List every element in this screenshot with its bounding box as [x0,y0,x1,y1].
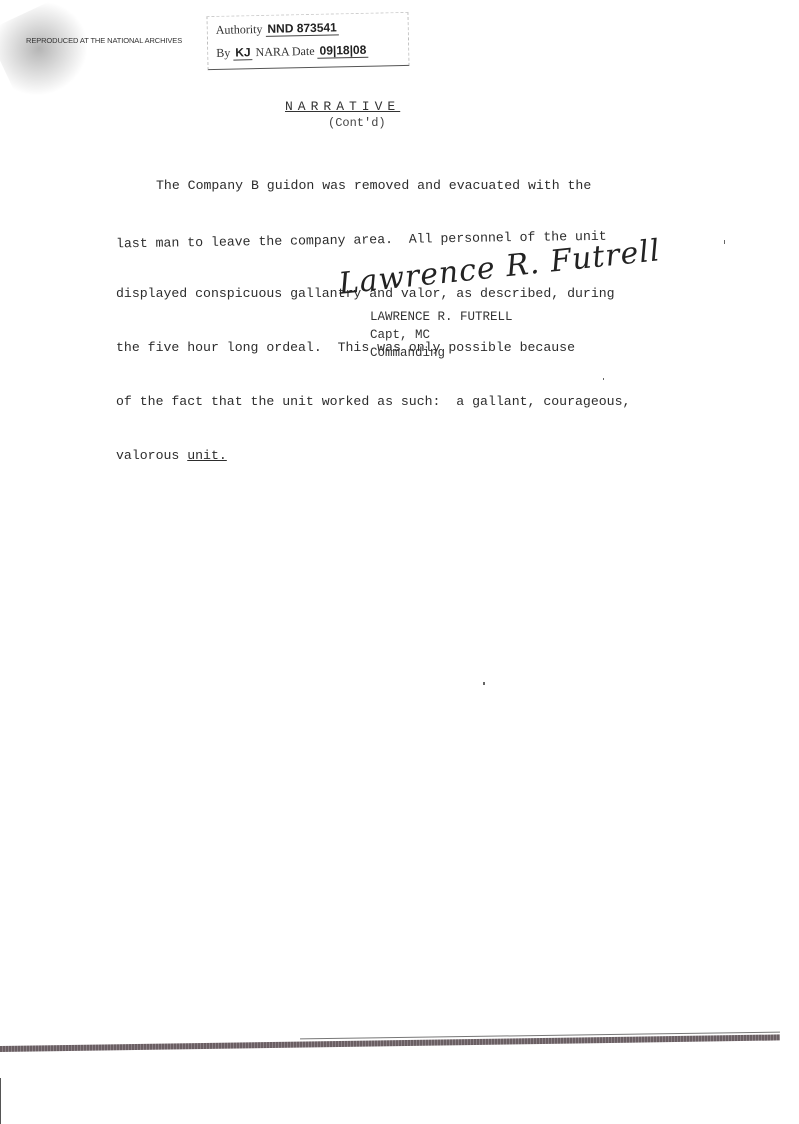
signer-name: LAWRENCE R. FUTRELL [370,308,513,326]
body-line: The Company B guidon was removed and eva… [116,177,676,195]
body-line-last: valorous unit. [116,447,676,465]
archives-stamp: REPRODUCED AT THE NATIONAL ARCHIVES [26,36,182,45]
document-subtitle: (Cont'd) [328,116,386,130]
declassification-stamp: Authority NND 873541 By KJ NARA Date 09|… [206,12,409,70]
scan-artifact [0,0,104,108]
last-line-underlined: unit. [187,448,227,463]
authority-value: NND 873541 [265,20,339,37]
nara-date-label: NARA Date [255,44,314,59]
by-row: By KJ NARA Date 09|18|08 [216,43,368,61]
authority-row: Authority NND 873541 [216,20,339,38]
date-value: 09|18|08 [317,43,368,59]
signer-role: Commanding [370,344,513,362]
by-label: By [216,46,230,60]
scan-speck [483,682,485,685]
signer-rank: Capt, MC [370,326,513,344]
document-title: NARRATIVE [285,99,400,114]
authority-label: Authority [216,22,263,37]
scan-left-edge [0,1078,1,1124]
scan-speck [603,378,604,380]
body-line: of the fact that the unit worked as such… [116,393,676,411]
signature-block: LAWRENCE R. FUTRELL Capt, MC Commanding [370,308,513,362]
last-line-prefix: valorous [116,448,187,463]
by-value: KJ [233,45,253,60]
scan-speck [724,240,725,244]
